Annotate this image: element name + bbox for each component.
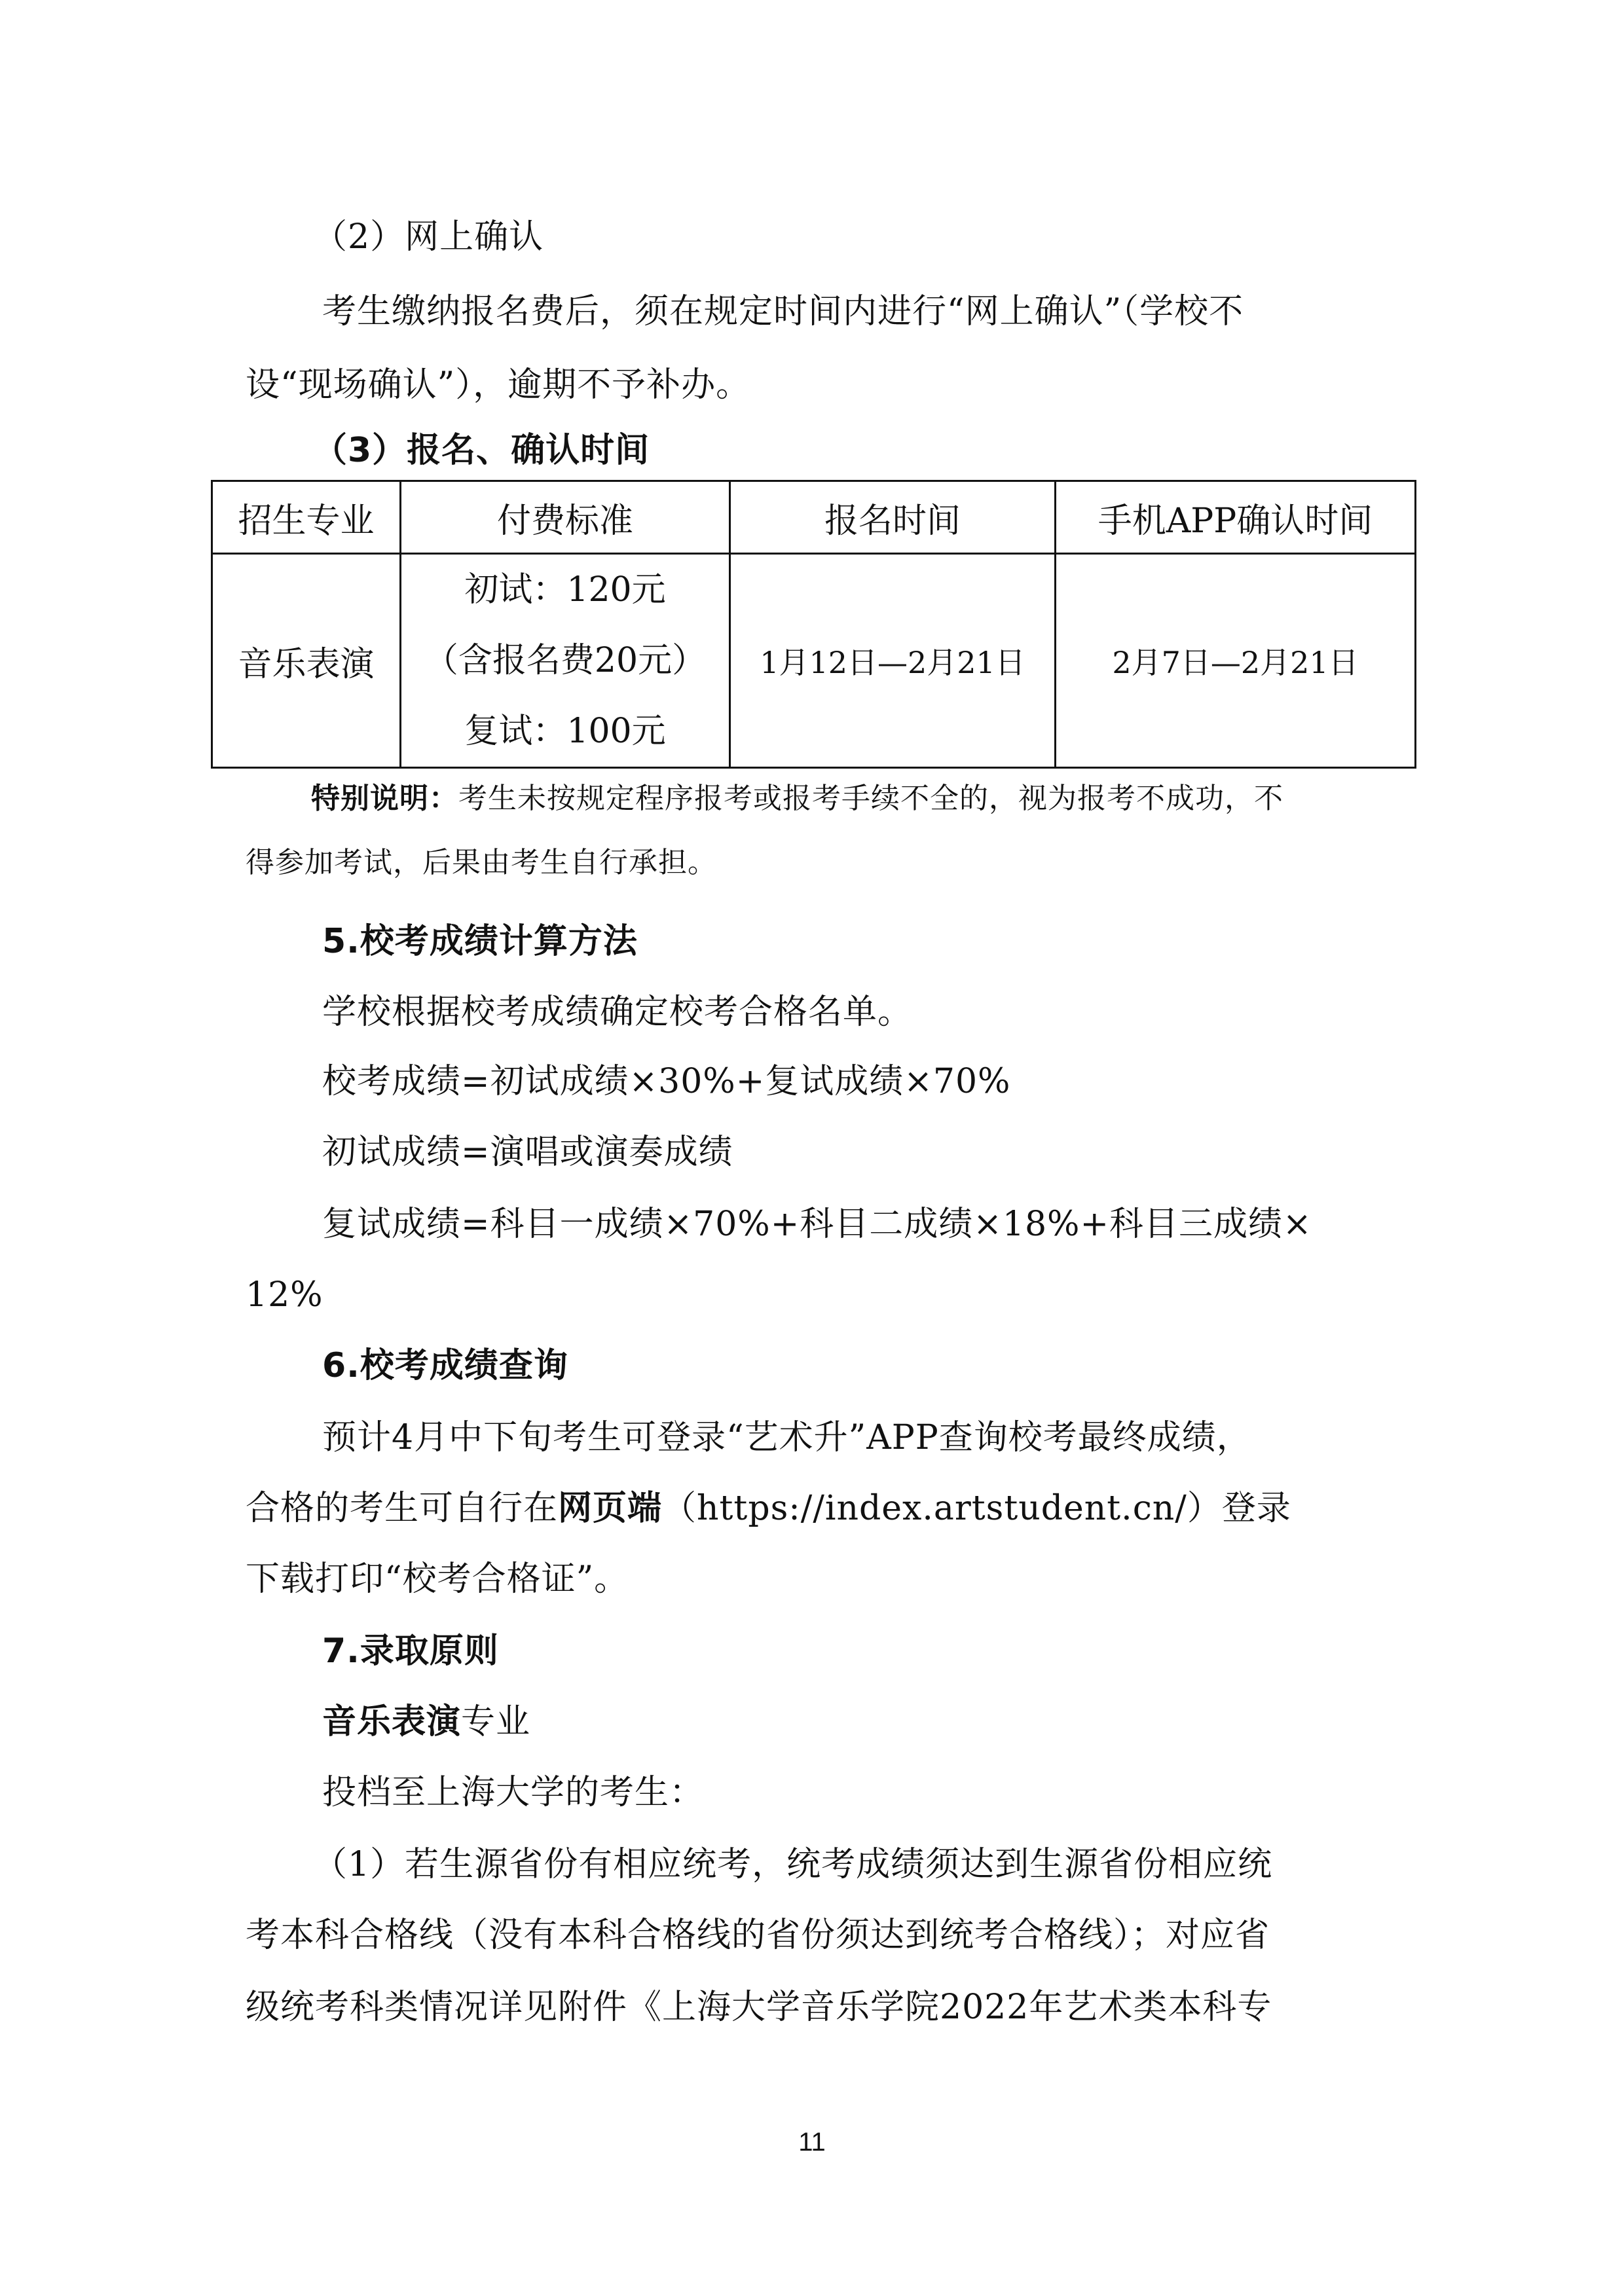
score-calc-line-1: 学校根据校考成绩确定校考合格名单。 xyxy=(322,991,912,1033)
cell-fee: 初试：120元 （含报名费20元） 复试：100元 xyxy=(401,554,730,768)
score-calc-line-5: 12% xyxy=(246,1274,323,1316)
online-confirm-paragraph-line-1: 考生缴纳报名费后，须在规定时间内进行“网上确认”（学校不 xyxy=(322,291,1244,333)
fee-includes-registration: （含报名费20元） xyxy=(401,625,729,696)
score-calc-line-2: 校考成绩=初试成绩×30%+复试成绩×70% xyxy=(322,1061,1010,1102)
page-number: 11 xyxy=(0,2128,1624,2157)
section-heading-score-query: 6.校考成绩查询 xyxy=(322,1345,568,1387)
fee-preliminary: 初试：120元 xyxy=(401,555,729,625)
registration-schedule-table: 招生专业 付费标准 报名时间 手机APP确认时间 音乐表演 初试：120元 （含… xyxy=(211,480,1416,769)
score-calc-line-4: 复试成绩=科目一成绩×70%+科目二成绩×18%+科目三成绩× xyxy=(322,1203,1312,1245)
online-confirm-paragraph-line-2: 设“现场确认”），逾期不予补办。 xyxy=(246,364,750,406)
admission-intro-line: 投档至上海大学的考生： xyxy=(322,1772,704,1813)
column-header-app-confirm-time: 手机APP确认时间 xyxy=(1056,481,1416,554)
score-calc-line-3: 初试成绩=演唱或演奏成绩 xyxy=(322,1131,733,1173)
special-note-text: 考生未按规定程序报考或报考手续不全的，视为报考不成功，不 xyxy=(458,782,1283,815)
admission-major-name: 音乐表演 xyxy=(322,1702,461,1741)
web-portal-url[interactable]: （https://index.artstudent.cn/）登录 xyxy=(662,1489,1291,1528)
admission-item-1-line-3: 级统考科类情况详见附件《上海大学音乐学院2022年艺术类本科专 xyxy=(246,1986,1272,2028)
score-query-line-1: 预计4月中下旬考生可登录“艺术升”APP查询校考最终成绩， xyxy=(322,1417,1251,1459)
column-header-registration-time: 报名时间 xyxy=(730,481,1056,554)
score-query-line-2: 合格的考生可自行在网页端（https://index.artstudent.cn… xyxy=(246,1487,1291,1529)
score-query-line-3: 下载打印“校考合格证”。 xyxy=(246,1558,629,1600)
special-note-line-2: 得参加考试，后果由考生自行承担。 xyxy=(246,845,717,881)
table-header-row: 招生专业 付费标准 报名时间 手机APP确认时间 xyxy=(212,481,1416,554)
score-query-prefix: 合格的考生可自行在 xyxy=(246,1489,558,1528)
section-heading-score-calculation: 5.校考成绩计算方法 xyxy=(322,920,638,962)
table-row: 音乐表演 初试：120元 （含报名费20元） 复试：100元 1月12日—2月2… xyxy=(212,554,1416,768)
admission-item-1-line-2: 考本科合格线（没有本科合格线的省份须达到统考合格线）；对应省 xyxy=(246,1914,1270,1956)
special-note-label: 特别说明： xyxy=(311,782,458,815)
admission-major-line: 音乐表演专业 xyxy=(322,1701,530,1743)
admission-item-1-line-1: （1）若生源省份有相应统考，统考成绩须达到生源省份相应统 xyxy=(313,1844,1272,1886)
section-heading-schedule: （3）报名、确认时间 xyxy=(313,429,650,471)
cell-registration-time: 1月12日—2月21日 xyxy=(730,554,1056,768)
section-heading-admission-principles: 7.录取原则 xyxy=(322,1630,499,1672)
special-note-line-1: 特别说明：考生未按规定程序报考或报考手续不全的，视为报考不成功，不 xyxy=(311,780,1283,817)
admission-major-suffix: 专业 xyxy=(461,1702,530,1741)
fee-retest: 复试：100元 xyxy=(401,696,729,767)
section-heading-online-confirm: （2）网上确认 xyxy=(313,216,544,258)
cell-app-confirm-time: 2月7日—2月21日 xyxy=(1056,554,1416,768)
web-portal-label: 网页端 xyxy=(558,1489,662,1528)
column-header-fee: 付费标准 xyxy=(401,481,730,554)
cell-major: 音乐表演 xyxy=(212,554,401,768)
column-header-major: 招生专业 xyxy=(212,481,401,554)
